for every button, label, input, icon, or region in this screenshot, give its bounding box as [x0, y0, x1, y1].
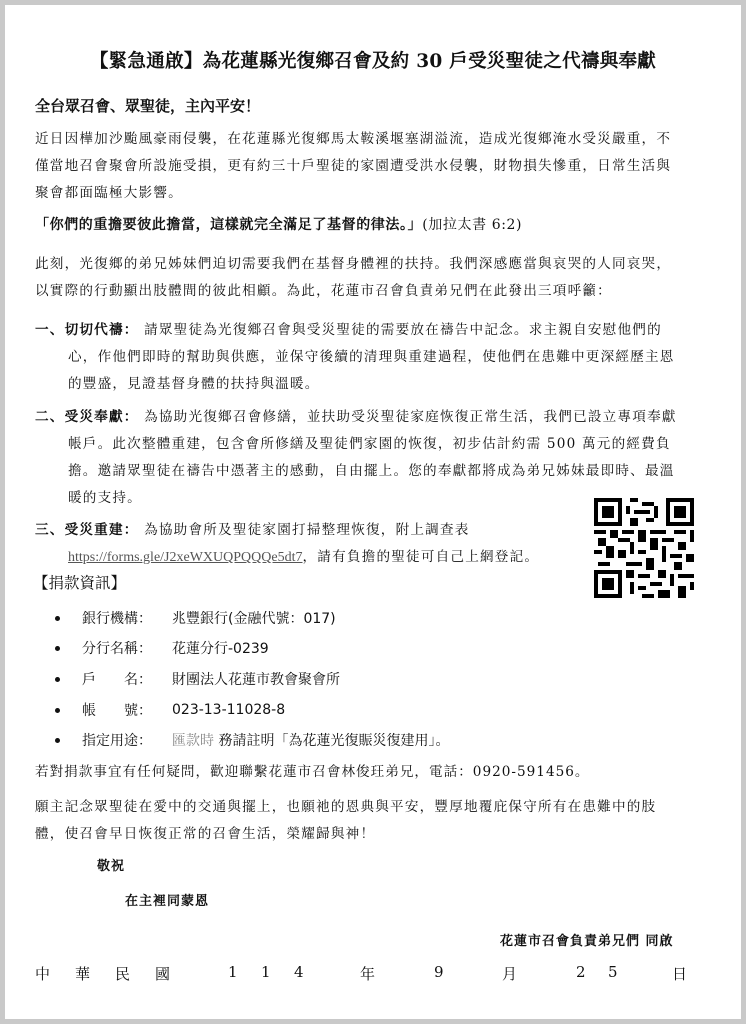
greeting: 全台眾召會、眾聖徒，主內平安！ [35, 95, 260, 116]
call-line: 以實際的行動顯出肢體間的彼此相顧。為此，花蓮市召會負責弟兄們在此發出三項呼籲： [35, 278, 671, 305]
bullet-icon [55, 677, 60, 682]
appeal-offering: 二、受災奉獻： 為協助光復鄉召會修繕，並扶助受災聖徒家庭恢復正常生活，我們已設立… [35, 404, 677, 512]
date-era-char: 民 [115, 963, 130, 984]
bank-value: 匯款時 務請註明「為花蓮光復賑災復建用」。 [172, 730, 449, 750]
date-year-digit: 1 [228, 963, 238, 981]
date-line: 中 華 民 國 1 1 4 年 9 月 2 5 日 [5, 963, 741, 987]
closing-line: 願主記念眾聖徒在愛中的交通與擺上，也願祂的恩典與平安，豐厚地覆庇保守所有在患難中… [35, 794, 656, 821]
verse-text: 「你們的重擔要彼此擔當，這樣就完全滿足了基督的律法。」 [35, 217, 422, 233]
intro-line: 聚會都面臨極大影響。 [35, 180, 671, 207]
verse-reference: (加拉太書 6:2) [422, 217, 522, 233]
bank-label: 指定用途： [82, 730, 164, 750]
appeal-heading: 一、切切代禱： [35, 322, 139, 338]
contact-info: 若對捐款事宜有任何疑問，歡迎聯繫花蓮市召會林俊玨弟兄，電話：0920-59145… [35, 760, 590, 780]
bank-value: 花蓮分行-0239 [172, 638, 269, 658]
bank-label: 戶 名： [82, 669, 164, 689]
salutation: 敬祝 [97, 855, 125, 874]
appeal-text: 為協助光復鄉召會修繕，並扶助受災聖徒家庭恢復正常生活，我們已設立專項奉獻 [139, 409, 677, 425]
bank-row: 銀行機構： 兆豐銀行(金融代號：017) [55, 608, 336, 628]
call-paragraph: 此刻，光復鄉的弟兄姊妹們迫切需要我們在基督身體裡的扶持。我們深感應當與哀哭的人同… [35, 251, 671, 305]
date-month-unit: 月 [502, 963, 517, 984]
bank-value: 兆豐銀行(金融代號：017) [172, 608, 336, 628]
intro-line: 近日因樺加沙颱風豪雨侵襲，在花蓮縣光復鄉馬太鞍溪堰塞湖溢流，造成光復鄉淹水受災嚴… [35, 126, 671, 153]
donation-info-title: 【捐款資訊】 [33, 571, 126, 593]
bank-value: 023-13-11028-8 [172, 702, 285, 718]
blessing: 在主裡同蒙恩 [125, 890, 209, 909]
intro-paragraph: 近日因樺加沙颱風豪雨侵襲，在花蓮縣光復鄉馬太鞍溪堰塞湖溢流，造成光復鄉淹水受災嚴… [35, 126, 671, 207]
bank-label: 分行名稱： [82, 638, 164, 658]
appeal-text: 請眾聖徒為光復鄉召會與受災聖徒的需要放在禱告中記念。求主親自安慰他們的 [139, 322, 662, 338]
bank-row: 帳 號： 023-13-11028-8 [55, 700, 285, 720]
appeal-text: ，請有負擔的聖徒可自己上網登記。 [302, 549, 539, 565]
date-era-char: 國 [155, 963, 170, 984]
qr-code-icon[interactable] [594, 498, 694, 598]
date-day-digit: 2 [576, 963, 586, 981]
bank-label: 帳 號： [82, 700, 164, 720]
bank-value: 財團法人花蓮市教會聚會所 [172, 669, 340, 689]
scripture-verse: 「你們的重擔要彼此擔當，這樣就完全滿足了基督的律法。」(加拉太書 6:2) [35, 214, 522, 234]
appeal-text: 的豐盛，見證基督身體的扶持與溫暖。 [35, 371, 675, 398]
date-day-digit: 5 [608, 963, 618, 981]
bank-label: 銀行機構： [82, 608, 164, 628]
bank-value-note: 匯款時 [172, 733, 214, 749]
page-title: 【緊急通啟】為花蓮縣光復鄉召會及約 30 戶受災聖徒之代禱與奉獻 [5, 47, 741, 73]
date-era-char: 華 [75, 963, 90, 984]
bank-row: 戶 名： 財團法人花蓮市教會聚會所 [55, 669, 340, 689]
appeal-text: 心，作他們即時的幫助與供應，並保守後續的清理與重建過程，使他們在患難中更深經歷主… [35, 344, 675, 371]
bank-row: 分行名稱： 花蓮分行-0239 [55, 638, 269, 658]
appeal-heading: 二、受災奉獻： [35, 409, 139, 425]
appeal-text: 帳戶。此次整體重建，包含會所修繕及聖徒們家園的恢復，初步估計約需 500 萬元的… [35, 431, 677, 458]
appeal-prayer: 一、切切代禱： 請眾聖徒為光復鄉召會與受災聖徒的需要放在禱告中記念。求主親自安慰… [35, 317, 675, 398]
appeal-text: 擔。邀請眾聖徒在禱告中憑著主的感動，自由擺上。您的奉獻都將成為弟兄姊妹最即時、最… [35, 458, 677, 485]
date-month: 9 [434, 963, 444, 981]
bank-row: 指定用途： 匯款時 務請註明「為花蓮光復賑災復建用」。 [55, 730, 449, 750]
intro-line: 僅當地召會聚會所設施受損，更有約三十戶聖徒的家園遭受洪水侵襲，財物損失慘重，日常… [35, 153, 671, 180]
closing-line: 體，使召會早日恢復正常的召會生活，榮耀歸與神！ [35, 821, 656, 848]
date-year-unit: 年 [360, 963, 375, 984]
appeal-text: 為協助會所及聖徒家園打掃整理恢復，附上調查表 [139, 522, 470, 538]
appeal-rebuild: 三、受災重建： 為協助會所及聖徒家園打掃整理恢復，附上調查表 https://f… [35, 517, 539, 571]
document-page: 【緊急通啟】為花蓮縣光復鄉召會及約 30 戶受災聖徒之代禱與奉獻 全台眾召會、眾… [5, 5, 741, 1019]
date-era-char: 中 [35, 963, 50, 984]
bullet-icon [55, 708, 60, 713]
date-year-digit: 4 [294, 963, 304, 981]
bullet-icon [55, 616, 60, 621]
date-day-unit: 日 [672, 963, 687, 984]
call-line: 此刻，光復鄉的弟兄姊妹們迫切需要我們在基督身體裡的扶持。我們深感應當與哀哭的人同… [35, 251, 671, 278]
signature: 花蓮市召會負責弟兄們 同啟 [500, 930, 674, 949]
date-year-digit: 1 [261, 963, 271, 981]
survey-form-link[interactable]: https://forms.gle/J2xeWXUQPQQQe5dt7 [68, 550, 302, 565]
closing-paragraph: 願主記念眾聖徒在愛中的交通與擺上，也願祂的恩典與平安，豐厚地覆庇保守所有在患難中… [35, 794, 656, 848]
appeal-text: 暖的支持。 [35, 485, 677, 512]
appeal-heading: 三、受災重建： [35, 522, 139, 538]
bullet-icon [55, 738, 60, 743]
bank-value-purpose: 務請註明「為花蓮光復賑災復建用」。 [214, 733, 449, 749]
bullet-icon [55, 646, 60, 651]
